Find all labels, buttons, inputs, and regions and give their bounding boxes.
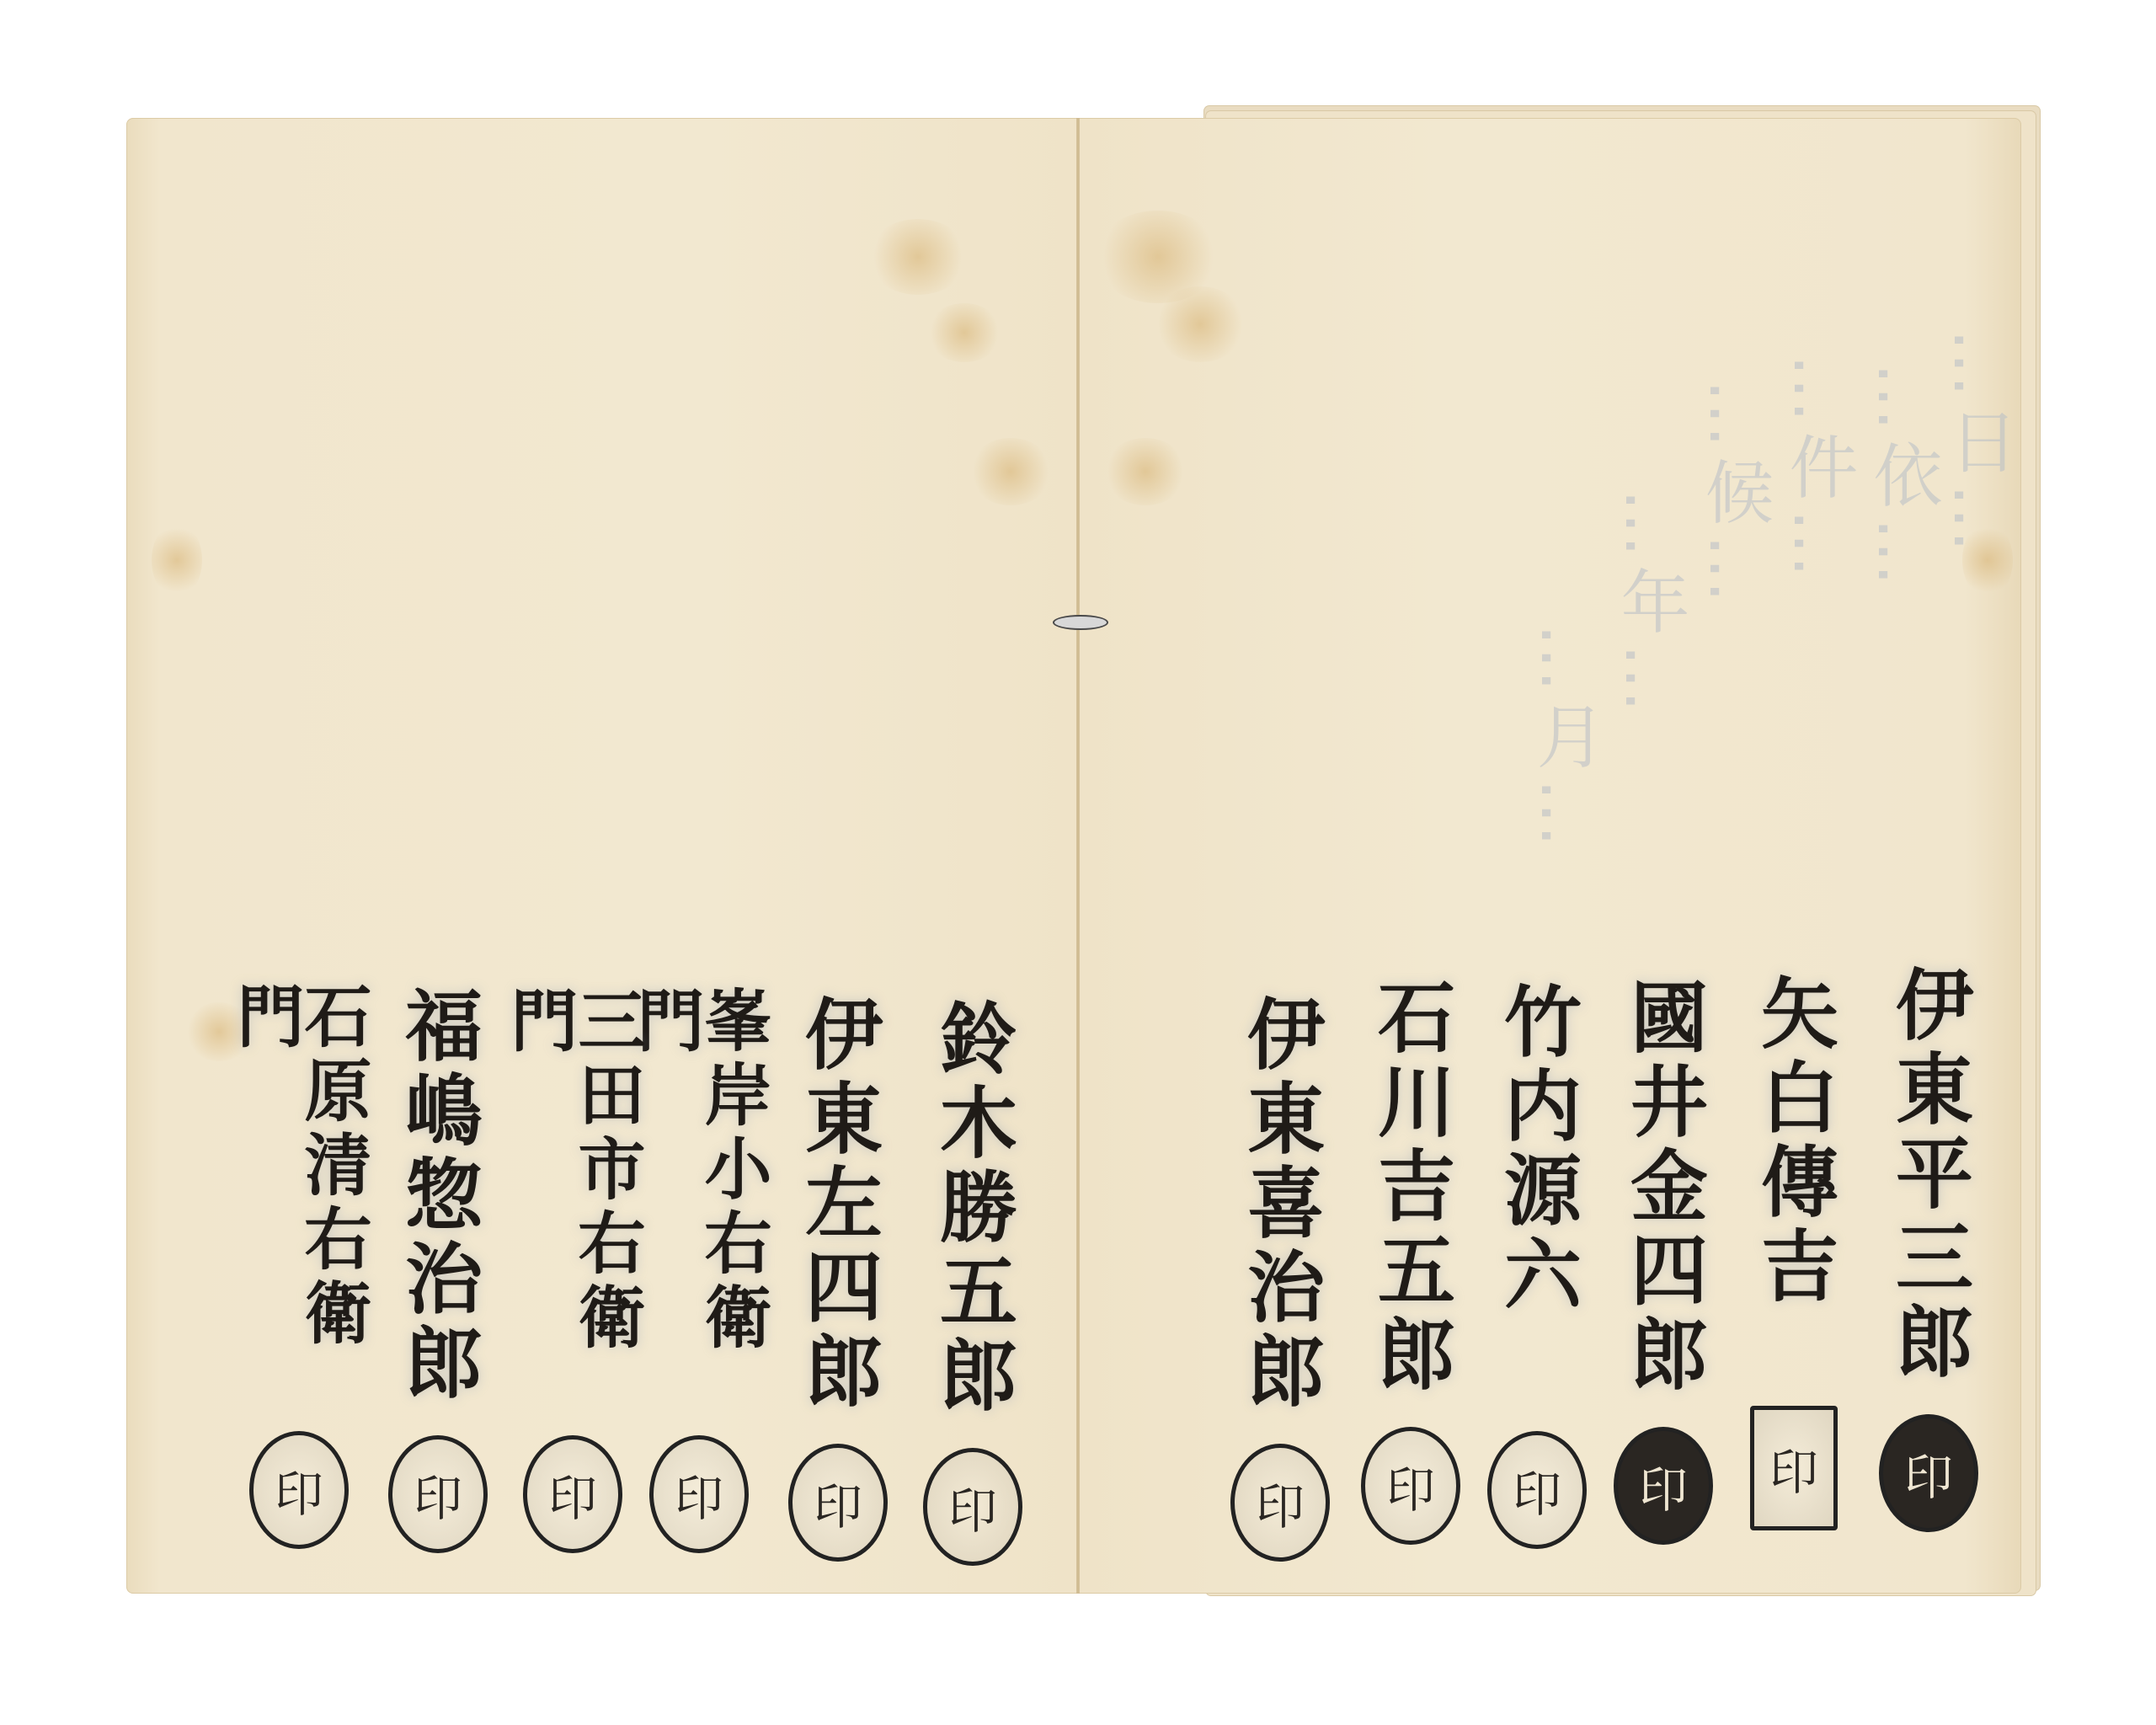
foxing-stain xyxy=(1154,286,1246,362)
signatory-name: 鈴木勝五郎 xyxy=(934,998,1011,1436)
signatory-name: 石原清右衛門 xyxy=(232,981,366,1419)
seal-stamp: 印 xyxy=(788,1444,888,1562)
seal-stamp: 印 xyxy=(523,1435,622,1553)
signature-entry: 三田市右衛門 印 xyxy=(510,985,636,1553)
right-page: …日… …依… …件… …候… …年… …月… 伊東平三郎 印 矢白傳吉 印 國… xyxy=(1078,118,2021,1594)
seal-stamp: 印 xyxy=(388,1435,488,1553)
seal-stamp: 印 xyxy=(649,1435,749,1553)
binding-stitch xyxy=(1053,615,1108,630)
signature-entry: 矢白傳吉 印 xyxy=(1731,973,1857,1530)
signatory-name: 伊東喜治郎 xyxy=(1241,994,1319,1432)
bleed-through-text: …候… xyxy=(1684,379,1783,611)
seal-stamp: 印 xyxy=(1614,1427,1713,1545)
signatory-name: 伊東平三郎 xyxy=(1890,964,1967,1402)
signature-entry: 國井金四郎 印 xyxy=(1600,977,1726,1545)
signature-entry: 伊東平三郎 印 xyxy=(1865,964,1992,1532)
signature-entry: 峯岸小右衛門 印 xyxy=(636,985,762,1553)
bleed-through-text: …件… xyxy=(1769,354,1867,586)
bleed-through-text: …依… xyxy=(1853,362,1951,595)
seal-stamp: 印 xyxy=(1487,1431,1587,1549)
signatory-name: 國井金四郎 xyxy=(1625,977,1702,1415)
foxing-stain xyxy=(1103,438,1187,505)
left-page: 鈴木勝五郎 印 伊東左四郎 印 峯岸小右衛門 印 三田市右衛門 印 福嶋惣治郎 … xyxy=(126,118,1078,1594)
seal-stamp: 印 xyxy=(1750,1406,1838,1530)
signature-entry: 竹内源六 印 xyxy=(1474,981,1600,1549)
seal-stamp: 印 xyxy=(249,1431,349,1549)
bleed-through-text: …年… xyxy=(1600,489,1699,721)
seal-stamp: 印 xyxy=(1230,1444,1330,1562)
signatory-name: 矢白傳吉 xyxy=(1755,973,1833,1394)
open-book: 鈴木勝五郎 印 伊東左四郎 印 峯岸小右衛門 印 三田市右衛門 印 福嶋惣治郎 … xyxy=(126,118,2021,1594)
signatory-name: 福嶋惣治郎 xyxy=(399,985,477,1423)
seal-stamp: 印 xyxy=(1879,1414,1978,1532)
signatory-name: 石川吉五郎 xyxy=(1372,977,1449,1415)
signature-entry: 石原清右衛門 印 xyxy=(236,981,362,1549)
foxing-stain xyxy=(926,303,1002,362)
bleed-through-text: …月… xyxy=(1516,623,1614,856)
foxing-stain xyxy=(152,522,202,598)
seal-stamp: 印 xyxy=(923,1448,1022,1566)
seal-stamp: 印 xyxy=(1361,1427,1460,1545)
foxing-stain xyxy=(969,438,1053,505)
signature-entry: 伊東左四郎 印 xyxy=(775,994,901,1562)
signatory-name: 峯岸小右衛門 xyxy=(632,985,766,1423)
signature-entry: 石川吉五郎 印 xyxy=(1347,977,1474,1545)
signatory-name: 三田市右衛門 xyxy=(505,985,640,1423)
binding-gutter xyxy=(1076,118,1080,1594)
signatory-name: 竹内源六 xyxy=(1498,981,1576,1419)
foxing-stain xyxy=(867,219,969,295)
signature-entry: 鈴木勝五郎 印 xyxy=(910,998,1036,1566)
signature-entry: 伊東喜治郎 印 xyxy=(1217,994,1343,1562)
signatory-name: 伊東左四郎 xyxy=(799,994,877,1432)
signature-entry: 福嶋惣治郎 印 xyxy=(375,985,501,1553)
